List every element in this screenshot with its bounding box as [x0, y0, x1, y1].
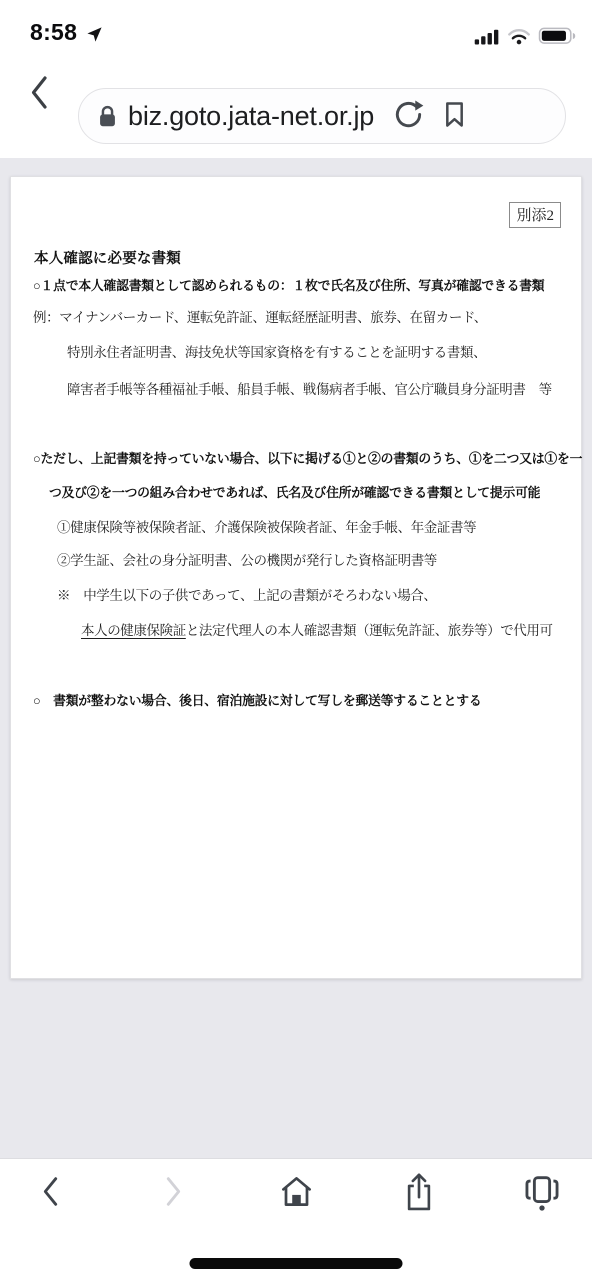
doc-line: ○１点で本人確認書類として認められるもの：１枚で氏名及び住所、写真が確認できる書…	[33, 278, 544, 293]
doc-line: 例：マイナンバーカード、運転免許証、運転経歴証明書、旅券、在留カード、	[33, 310, 487, 326]
url-toolbar: biz.goto.jata-net.or.jp	[0, 60, 592, 158]
clock-label: 8:58	[30, 19, 77, 46]
home-indicator[interactable]	[190, 1258, 403, 1269]
share-button[interactable]	[395, 1167, 443, 1219]
doc-line: 特別永住者証明書、海技免状等国家資格を有することを証明する書類、	[67, 345, 486, 361]
status-bar: 8:58	[0, 0, 592, 60]
battery-icon	[538, 27, 578, 50]
reload-button[interactable]	[388, 94, 428, 138]
doc-line: 障害者手帳等各種福祉手帳、船員手帳、戦傷病者手帳、官公庁職員身分証明書 等	[67, 382, 552, 398]
content-area[interactable]: 別添2 本人確認に必要な書類 ○１点で本人確認書類として認められるもの：１枚で氏…	[0, 158, 592, 1158]
tab-switcher-icon	[522, 1171, 562, 1216]
lock-icon	[98, 105, 117, 128]
chevron-left-icon	[41, 1176, 60, 1210]
browser-screen: 8:58	[0, 0, 592, 1280]
toolbar-back-button[interactable]	[26, 1167, 74, 1219]
back-button[interactable]	[24, 72, 54, 116]
doc-title: 本人確認に必要な書類	[34, 247, 181, 268]
doc-line: ○ 書類が整わない場合、後日、宿泊施設に対して写しを郵送等することとする	[33, 693, 481, 708]
url-text: biz.goto.jata-net.or.jp	[128, 101, 374, 132]
chevron-left-icon	[29, 75, 49, 113]
home-button[interactable]	[272, 1167, 320, 1219]
doc-line: ①健康保険等被保険者証、介護保険被保険者証、年金手帳、年金証書等	[57, 520, 476, 536]
document-card: 別添2 本人確認に必要な書類 ○１点で本人確認書類として認められるもの：１枚で氏…	[10, 176, 582, 979]
doc-line: ※ 中学生以下の子供であって、上記の書類がそろわない場合、	[57, 588, 437, 604]
doc-line: ②学生証、会社の身分証明書、公の機関が発行した資格証明書等	[57, 553, 437, 569]
doc-line: つ及び②を一つの組み合わせであれば、氏名及び住所が確認できる書類として提示可能	[49, 485, 540, 500]
wifi-icon	[507, 28, 531, 50]
signal-icon	[474, 28, 500, 50]
share-icon	[403, 1172, 435, 1215]
attachment-tag: 別添2	[509, 202, 561, 228]
doc-line: ○ただし、上記書類を持っていない場合、以下に掲げる①と②の書類のうち、①を二つ又…	[33, 451, 582, 466]
chevron-right-icon	[164, 1176, 183, 1210]
doc-line: 本人の健康保険証と法定代理人の本人確認書類（運転免許証、旅券等）で代用可	[81, 623, 553, 639]
home-icon	[278, 1174, 315, 1212]
location-arrow-icon	[86, 26, 103, 48]
bookmark-icon	[443, 100, 466, 132]
url-field[interactable]: biz.goto.jata-net.or.jp	[78, 88, 566, 144]
reload-icon	[392, 98, 425, 134]
tabs-button[interactable]	[518, 1167, 566, 1219]
toolbar-forward-button[interactable]	[149, 1167, 197, 1219]
bookmark-button[interactable]	[432, 94, 476, 138]
